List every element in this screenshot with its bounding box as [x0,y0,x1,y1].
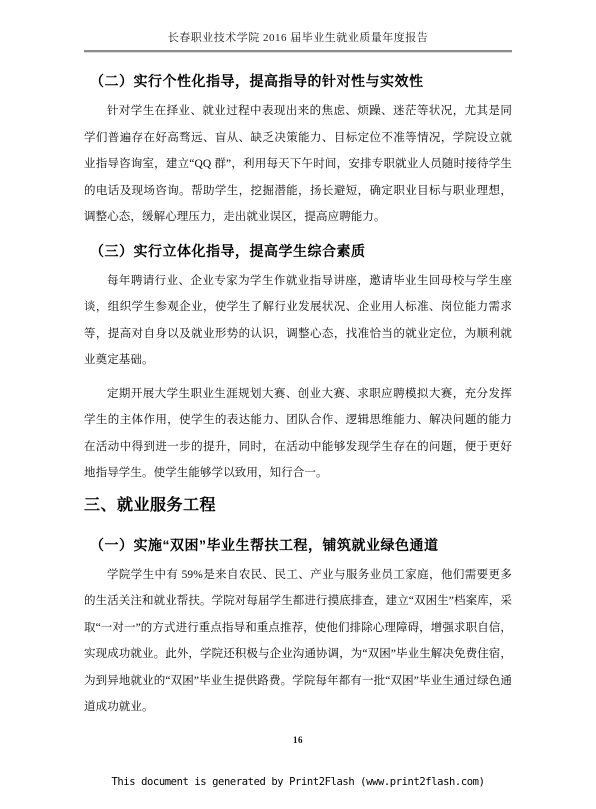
subheading-double-difficulty-support: （一）实施“双困”毕业生帮扶工程，铺筑就业绿色通道 [90,535,512,555]
paragraph-competitions: 定期开展大学生职业生涯规划大赛、创业大赛、求职应聘模拟大赛，充分发挥学生的主体作… [84,381,512,487]
subheading-individual-guidance: （二）实行个性化指导，提高指导的针对性与实效性 [90,71,512,91]
paragraph-individual-guidance: 针对学生在择业、就业过程中表现出来的焦虑、烦躁、迷茫等状况，尤其是同学们普遍存在… [84,98,512,231]
paragraph-lectures: 每年聘请行业、企业专家为学生作就业指导讲座，邀请毕业生回母校与学生座谈，组织学生… [84,268,512,374]
page-header: 长春职业技术学院 2016 届毕业生就业质量年度报告 [0,0,596,53]
document-page: 长春职业技术学院 2016 届毕业生就业质量年度报告 （二）实行个性化指导，提高… [0,0,596,809]
header-rule [84,50,512,53]
page-number: 16 [0,735,596,745]
subheading-stereo-guidance: （三）实行立体化指导，提高学生综合素质 [90,241,512,261]
chapter-heading-employment-service: 三、就业服务工程 [84,495,512,517]
document-body: （二）实行个性化指导，提高指导的针对性与实效性 针对学生在择业、就业过程中表现出… [84,71,512,721]
paragraph-double-difficulty-support: 学院学生中有 59%是来自农民、民工、产业与服务业员工家庭，他们需要更多的生活关… [84,562,512,721]
header-title: 长春职业技术学院 2016 届毕业生就业质量年度报告 [0,0,596,45]
print2flash-generator-note: This document is generated by Print2Flas… [0,776,596,788]
